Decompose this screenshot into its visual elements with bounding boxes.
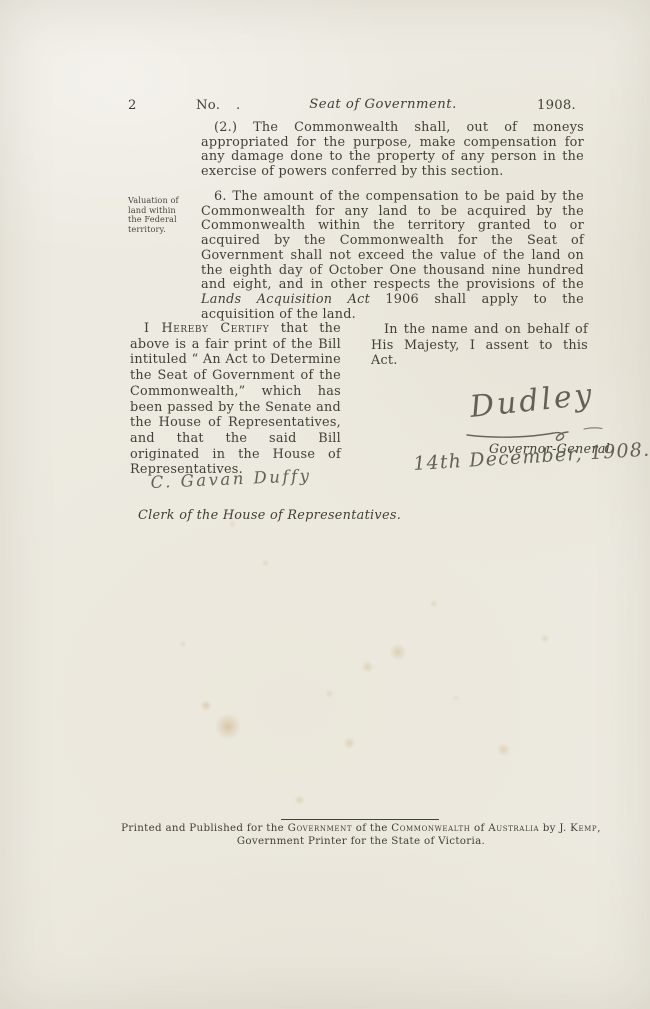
imprint-text: by J. (539, 822, 570, 834)
header-year: 1908. (537, 98, 576, 113)
imprint-text: of (470, 822, 488, 834)
clerk-title: Clerk of the House of Representatives. (138, 508, 401, 523)
foxing-spot (294, 795, 305, 805)
foxing-spot (361, 661, 374, 673)
foxing-spot (429, 599, 439, 608)
assent-statement: In the name and on behalf of His Majesty… (371, 322, 588, 369)
governor-general-signature: Dudley (468, 377, 596, 425)
certification-paragraph: I Hereby Certify that the above is a fai… (130, 321, 341, 478)
imprint-text-sc: Kemp (570, 822, 597, 834)
foxing-spot (325, 689, 334, 698)
imprint-text: of the (352, 822, 391, 834)
certify-lead: I Hereby Certify (144, 321, 269, 336)
foxing-spot (214, 714, 242, 739)
document-page: 2 No. . Seat of Government. 1908. (2.) T… (0, 0, 650, 1009)
foxing-spot (261, 559, 270, 567)
running-title: Seat of Government. (309, 97, 457, 112)
foxing-spot (452, 694, 460, 702)
foxing-spot (389, 644, 407, 660)
imprint: Printed and Published for the Government… (111, 822, 611, 848)
foxing-spot (540, 634, 550, 643)
imprint-line-1: Printed and Published for the Government… (111, 822, 611, 835)
section-6-text: 6. The amount of the compensation to be … (201, 189, 584, 292)
margin-note: Valuation of land within the Federal ter… (128, 196, 184, 234)
paragraph-section-6: 6. The amount of the compensation to be … (201, 190, 584, 322)
foxing-spot (496, 743, 511, 756)
imprint-text-sc: Australia (488, 822, 539, 834)
certify-text: that the above is a fair print of the Bi… (130, 321, 341, 477)
imprint-text-sc: Commonwealth (391, 822, 470, 834)
footer-rule (281, 819, 439, 820)
cited-act-title: Lands Acquisition Act (201, 292, 370, 307)
act-number-label: No. (196, 98, 220, 113)
act-number-blank: . (236, 98, 240, 113)
page-number: 2 (128, 98, 137, 113)
foxing-spot (343, 737, 356, 749)
paragraph-subsection-2: (2.) The Commonwealth shall, out of mone… (201, 121, 584, 180)
imprint-text: Printed and Published for the (121, 822, 287, 834)
imprint-text-sc: Government (288, 822, 352, 834)
imprint-line-2: Government Printer for the State of Vict… (111, 835, 611, 848)
imprint-text: , (597, 822, 601, 834)
foxing-spot (200, 700, 212, 711)
foxing-spot (179, 640, 187, 648)
